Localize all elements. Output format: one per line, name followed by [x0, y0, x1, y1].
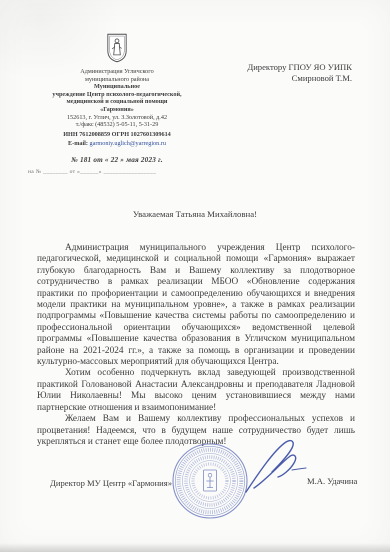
letterhead-org-line-4: «Гармония»	[16, 106, 218, 114]
signer-title: Директор МУ Центр «Гармония»	[50, 478, 172, 488]
letterhead-org-line-1: Муниципальное	[16, 83, 218, 91]
round-seal-stamp-icon	[170, 441, 250, 521]
letterhead-org-line-2: учреждение Центр психолого-педагогическо…	[16, 91, 218, 99]
email-address: garmoniy.uglich@yarregion.ru	[90, 140, 166, 147]
letterhead-email: E-mail: garmoniy.uglich@yarregion.ru	[16, 140, 218, 148]
incoming-ref-blank: на № ________ от «______» ______________…	[16, 169, 218, 177]
letterhead-inn-ogrn: ИНН 7612008859 ОГРН 1027601309614	[16, 131, 218, 139]
addressee-position: Директору ГПОУ ЯО УИПК	[247, 62, 352, 73]
greeting: Уважаемая Татьяна Михайловна!	[0, 209, 390, 219]
paragraph-gratitude: Администрация муниципального учреждения …	[37, 243, 355, 368]
email-label: E-mail:	[68, 140, 88, 147]
letter-body: Администрация муниципального учреждения …	[37, 243, 355, 448]
uglich-coat-of-arms-icon	[106, 33, 128, 63]
letterhead-phone: т./факс (48532) 5-05-11, 5-31-29	[16, 121, 218, 129]
paragraph-staff-mention: Хотим особенно подчеркнуть вклад заведую…	[37, 368, 355, 414]
outgoing-ref-number: № 181 от « 22 » мая 2023 г.	[16, 157, 218, 165]
letterhead-admin-line-2: муниципального района	[16, 76, 218, 84]
signer-name: М.А. Удачина	[307, 476, 357, 486]
letterhead-org-line-3: медицинской и социальной помощи	[16, 98, 218, 106]
letterhead: Администрация Угличского муниципального …	[16, 33, 218, 176]
letterhead-address: 152613, г. Углич, ул. З.Золотовой, д.42	[16, 114, 218, 122]
addressee-name: Смирновой Т.М.	[247, 73, 352, 84]
letter-sheet: Администрация Угличского муниципального …	[0, 0, 390, 552]
addressee-block: Директору ГПОУ ЯО УИПК Смирновой Т.М.	[247, 62, 352, 85]
letterhead-admin-line-1: Администрация Угличского	[16, 68, 218, 76]
signature-autograph-icon	[240, 436, 340, 500]
